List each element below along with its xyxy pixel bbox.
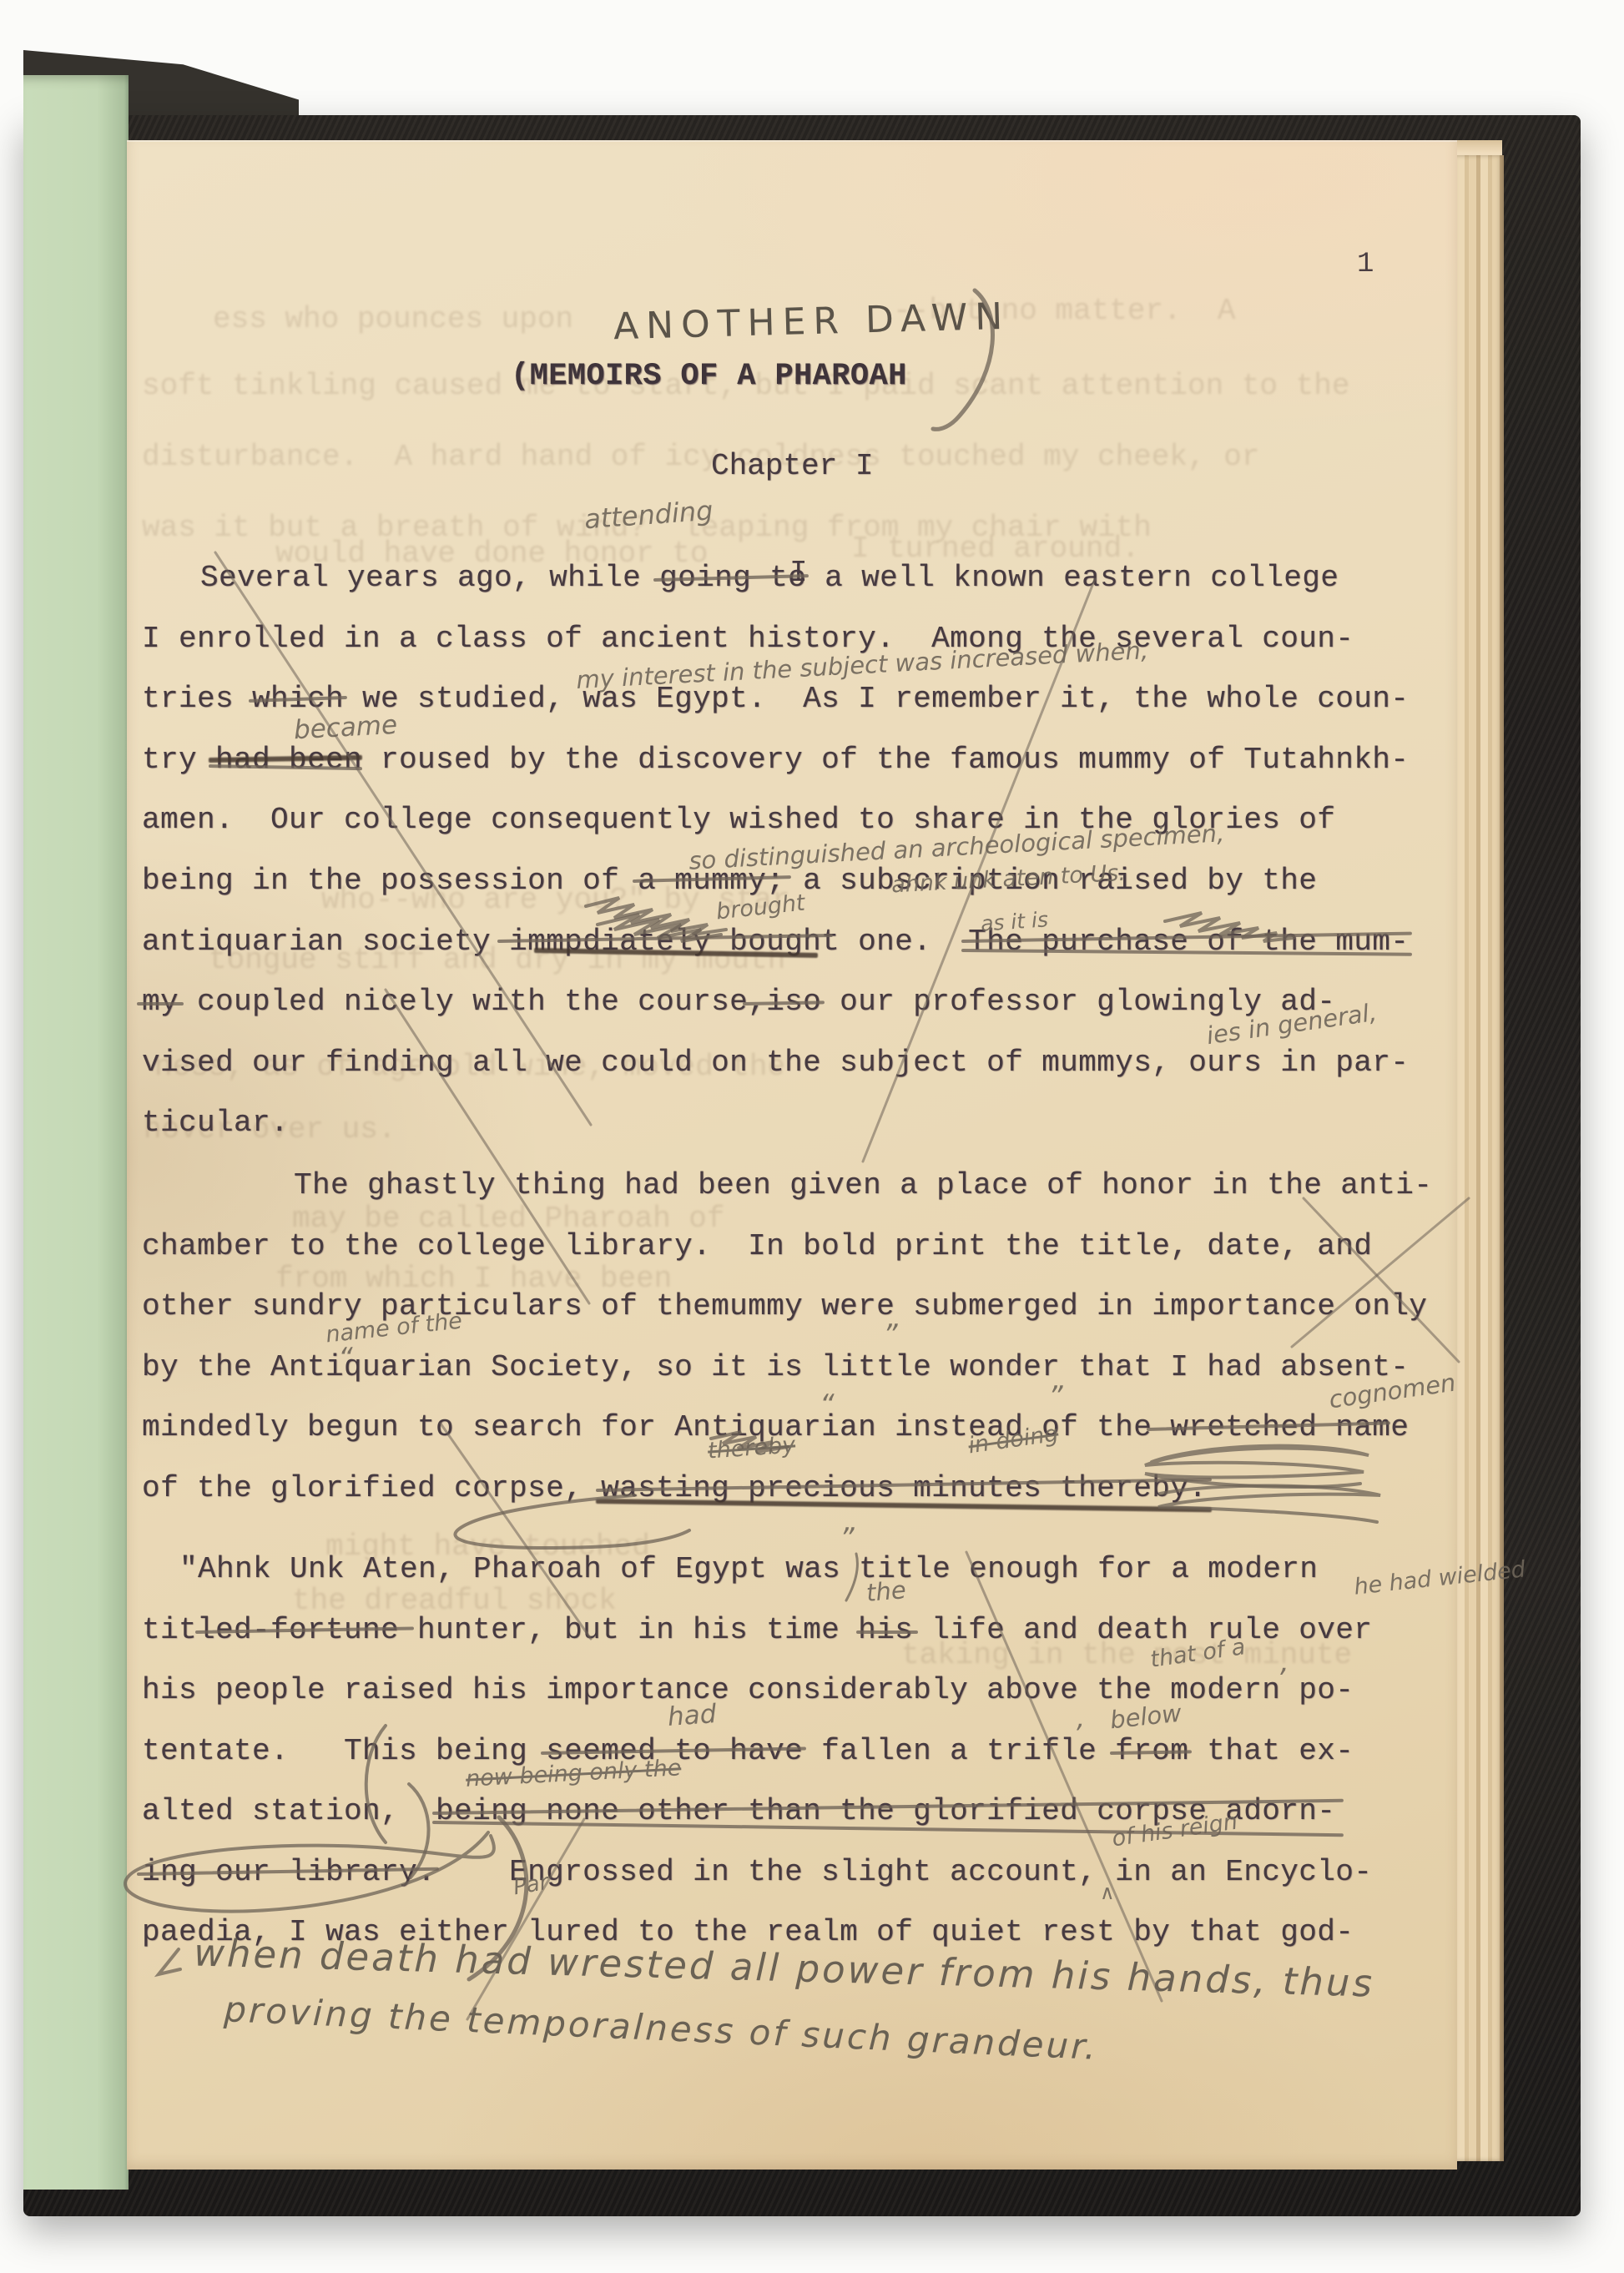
pencil-strikethrough bbox=[137, 1002, 184, 1005]
typed-line: "Ahnk Unk Aten, Pharoah of Egypt was tit… bbox=[179, 1552, 1318, 1586]
handwritten-annotation: the bbox=[865, 1575, 907, 1607]
typed-line: vised our finding all we could on the su… bbox=[142, 1046, 1409, 1080]
bleed-through-line: disturbance. A hard hand of icy coldness… bbox=[142, 440, 1259, 474]
chapter-heading: Chapter I bbox=[711, 449, 873, 483]
typed-line: I enrolled in a class of ancient history… bbox=[142, 622, 1354, 656]
handwritten-annotation: “ bbox=[338, 1342, 353, 1375]
typed-line: other sundry particulars of themummy wer… bbox=[142, 1289, 1427, 1323]
handwritten-annotation: ” bbox=[1048, 1380, 1063, 1414]
bleed-through-line: ess who pounces upon bbox=[213, 302, 573, 336]
page-stack-edge bbox=[1457, 155, 1504, 2161]
handwritten-annotation: as it is bbox=[980, 907, 1049, 936]
typed-line: chamber to the college library. In bold … bbox=[142, 1229, 1372, 1263]
handwritten-annotation: , bbox=[1077, 1702, 1085, 1734]
handwritten-annotation: became bbox=[293, 710, 398, 745]
handwritten-annotation: “ bbox=[820, 1388, 835, 1422]
typed-line: ticular. bbox=[142, 1106, 289, 1140]
handwritten-annotation: ” bbox=[840, 1522, 855, 1555]
green-endpaper bbox=[23, 75, 129, 2190]
handwritten-annotation: ” bbox=[883, 1318, 898, 1352]
manuscript-photo: ess who pounces upon--but no matter. Aso… bbox=[0, 0, 1624, 2273]
pencil-strikethrough bbox=[856, 1630, 918, 1634]
handwritten-annotation: had bbox=[667, 1699, 718, 1732]
handwritten-annotation: ∧ bbox=[1100, 1881, 1115, 1904]
handwritten-annotation: , bbox=[1280, 1646, 1289, 1679]
page-number: 1 bbox=[1357, 249, 1374, 280]
typed-line: my coupled nicely with the course,iso ou… bbox=[142, 985, 1335, 1019]
typed-subtitle: (MEMOIRS OF A PHAROAH bbox=[511, 359, 907, 394]
typed-line: The ghastly thing had been given a place… bbox=[294, 1168, 1432, 1202]
typed-line: by the Antiquarian Society, so it is lit… bbox=[142, 1350, 1409, 1384]
